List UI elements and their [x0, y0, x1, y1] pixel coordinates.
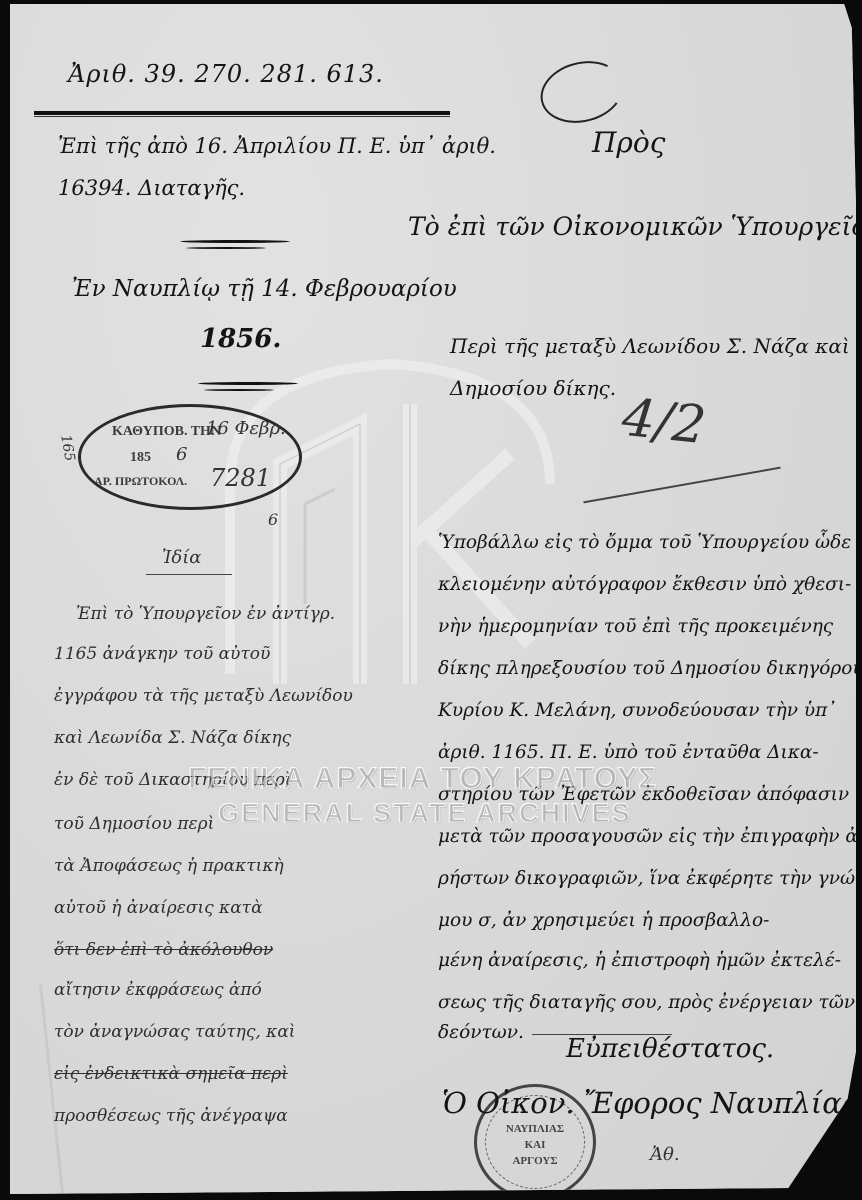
- signature-initials: Ἀθ.: [650, 1144, 680, 1165]
- draft-line: Ἐπὶ τὸ Ὑπουργεῖον ἐν ἀντίγρ.: [76, 604, 335, 624]
- body-line: δεόντων.: [438, 1022, 524, 1043]
- draft-line: τοῦ Δημοσίου περὶ: [54, 814, 214, 834]
- draft-line: καὶ Λεωνίδα Σ. Νάζα δίκης: [54, 728, 291, 748]
- date-year: 1856.: [200, 324, 281, 354]
- body-line: νὴν ἡμερομηνίαν τοῦ ἐπὶ τῆς προκειμένης: [438, 616, 833, 637]
- draft-line: 1165 ἀνάγκην τοῦ αὐτοῦ: [54, 644, 270, 664]
- subject-line-2: Δημοσίου δίκης.: [450, 376, 616, 400]
- draft-line: τὸν ἀναγνώσας ταύτης, καὶ: [54, 1022, 295, 1042]
- body-line: μου σ, ἀν χρησιμεύει ἡ προσβαλλο-: [438, 910, 769, 931]
- reply-note-line-1: Ἐπὶ τῆς ἀπὸ 16. Ἀπριλίου Π. Ε. ὑπ᾽ ἀριθ.: [58, 134, 496, 158]
- folio-number: 6: [268, 510, 278, 529]
- flourish-divider: [180, 240, 290, 243]
- body-line: Κυρίου Κ. Μελάνη, συνοδεύουσαν τὴν ὑπ᾽: [438, 700, 837, 721]
- reference-numbers: Ἀριθ. 39. 270. 281. 613.: [68, 60, 384, 88]
- paper-fold: [39, 984, 64, 1193]
- stamp-line-1: ΚΑΘΥΠΟΒ. ΤΗΝ: [112, 424, 221, 440]
- header-rule-thin: [34, 116, 450, 117]
- heading-underline: [146, 574, 232, 575]
- flourish-divider: [186, 247, 266, 249]
- signature: Ὁ Οἰκον. Ἔφορος Ναυπλίας καὶ Ἄργ.: [442, 1086, 862, 1120]
- calligraphic-p-flourish: [534, 53, 630, 132]
- stamp-year-handwritten: 6: [176, 444, 187, 465]
- seal-line-1: ΝΑΥΠΛΙΑΣ: [477, 1123, 593, 1135]
- stamp-line-2: 185: [130, 450, 151, 466]
- watermark-greek: ΓΕΝΙΚΑ ΑΡΧΕΙΑ ΤΟΥ ΚΡΑΤΟΥΣ: [188, 762, 657, 796]
- body-line: ρήστων δικογραφιῶν, ἵνα ἐκφέρητε τὴν γνώ…: [438, 868, 862, 889]
- pencil-stroke: [583, 467, 780, 504]
- body-line: μένη ἀναίρεσις, ἡ ἐπιστροφὴ ἡμῶν ἐκτελέ-: [438, 950, 841, 971]
- draft-heading: Ἰδία: [162, 547, 201, 568]
- body-line: Ὑποβάλλω εἰς τὸ ὄμμα τοῦ Ὑπουργείου ὧδε …: [438, 532, 862, 553]
- closing: Εὐπειθέστατος.: [566, 1034, 774, 1064]
- header-rule: [34, 111, 450, 115]
- draft-line-struck: εἰς ἐνδεικτικὰ σημεῖα περὶ: [54, 1064, 288, 1084]
- body-line: μετὰ τῶν προσαγουσῶν εἰς τὴν ἐπιγραφὴν ἀ…: [438, 826, 862, 847]
- reply-note-line-2: 16394. Διαταγῆς.: [58, 176, 245, 200]
- draft-line: αἴτησιν ἐκφράσεως ἀπό: [54, 980, 262, 1000]
- draft-line: τὰ Ἀποφάσεως ἡ πρακτικὴ: [54, 856, 284, 876]
- draft-line: ἐγγράφου τὰ τῆς μεταξὺ Λεωνίδου: [54, 686, 353, 706]
- body-line: ἀριθ. 1165. Π. Ε. ὑπὸ τοῦ ἐνταῦθα Δικα-: [438, 742, 819, 763]
- salutation-pros: Πρὸς: [592, 126, 665, 159]
- stamp-date-handwritten: 16 Φεβρ.: [206, 418, 286, 439]
- margin-mark: 4/2: [619, 388, 709, 456]
- flourish-divider: [204, 389, 274, 391]
- flourish-divider: [198, 382, 298, 385]
- addressee: Τὸ ἐπὶ τῶν Οἰκονομικῶν Ὑπουργεῖον.: [408, 212, 862, 241]
- document-page: Ἀριθ. 39. 270. 281. 613. Ἐπὶ τῆς ἀπὸ 16.…: [10, 4, 856, 1194]
- seal-line-2: ΚΑΙ: [477, 1139, 593, 1151]
- protocol-number: 7281: [210, 464, 271, 492]
- draft-line: προσθέσεως τῆς ἀνέγραψα: [54, 1106, 288, 1126]
- subject-line-1: Περὶ τῆς μεταξὺ Λεωνίδου Σ. Νάζα καὶ: [450, 334, 850, 358]
- margin-number: 165: [57, 433, 77, 462]
- place-date: Ἐν Ναυπλίῳ τῇ 14. Φεβρουαρίου: [72, 276, 457, 302]
- watermark-english: GENERAL STATE ARCHIVES: [218, 798, 632, 829]
- body-line: κλειομένην αὐτόγραφον ἔκθεσιν ὑπὸ χθεσι-: [438, 574, 851, 595]
- body-line: σεως τῆς διαταγῆς σου, πρὸς ἐνέργειαν τῶ…: [438, 992, 855, 1013]
- body-line: δίκης πληρεξουσίου τοῦ Δημοσίου δικηγόρο…: [438, 658, 862, 679]
- stamp-line-3: ΑΡ. ΠΡΩΤΟΚΟΛ.: [94, 474, 187, 489]
- draft-line: αὐτοῦ ἡ ἀναίρεσις κατὰ: [54, 898, 263, 918]
- seal-line-3: ΑΡΓΟΥΣ: [477, 1155, 593, 1167]
- draft-line-struck: ὅτι δεν ἐπὶ τὸ ἀκόλουθον: [54, 940, 273, 960]
